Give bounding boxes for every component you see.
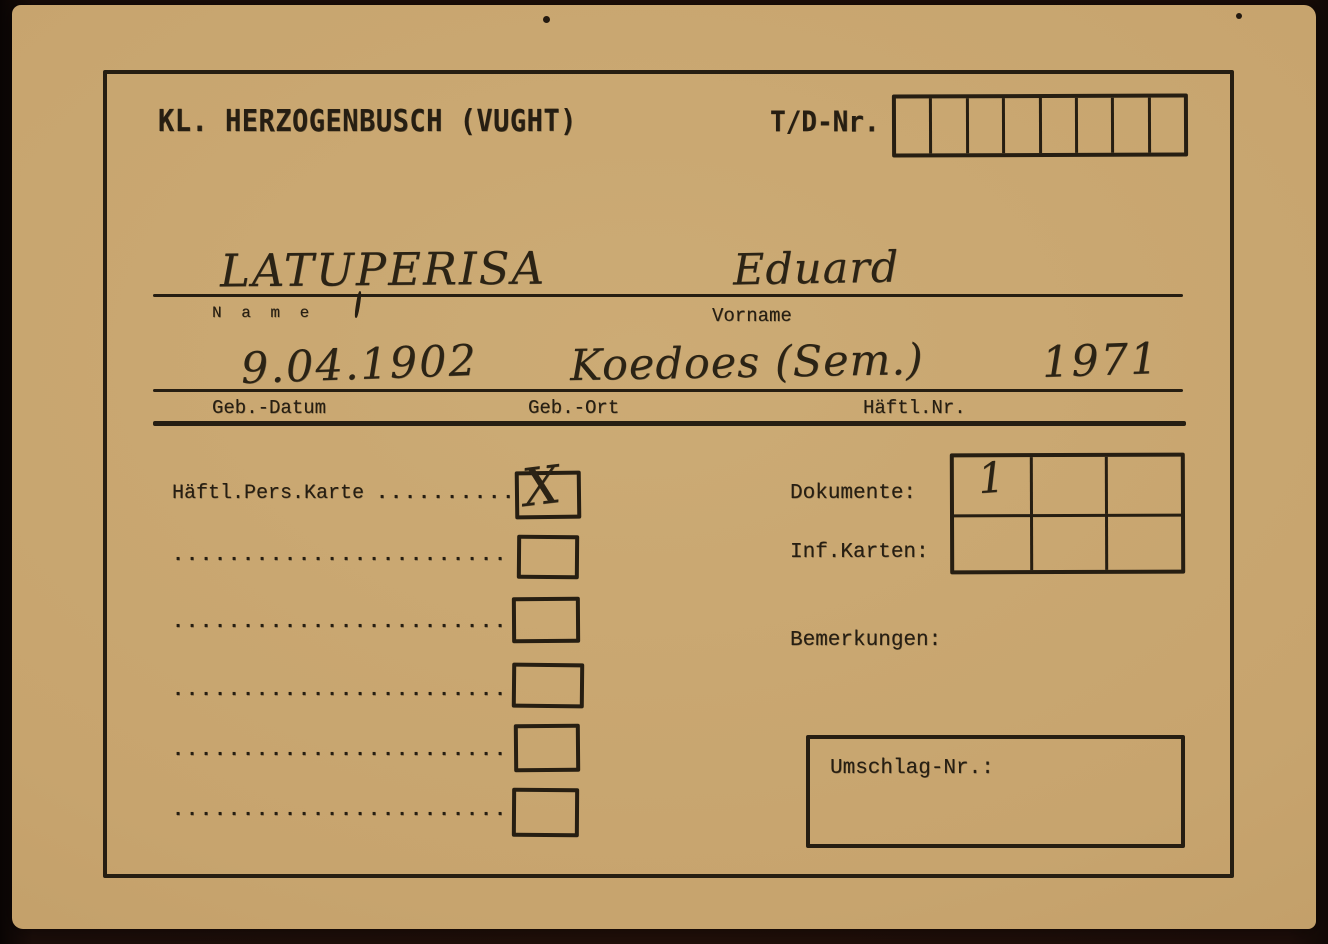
dotted-leader: ........................ — [172, 544, 508, 567]
inf-karten-grid-cell — [1030, 513, 1106, 570]
checklist-row-label: ........................ — [172, 739, 508, 762]
td-nr-cell — [896, 98, 930, 153]
checkbox-empty — [512, 663, 584, 709]
bemerkungen-label: Bemerkungen: — [790, 629, 941, 652]
checkbox-empty — [512, 597, 580, 643]
dokumente-grid-cell — [1105, 457, 1181, 514]
td-nr-label: T/D-Nr. — [770, 106, 880, 139]
scan-background: KL. HERZOGENBUSCH (VUGHT) T/D-Nr. LATUPE… — [0, 0, 1328, 944]
td-nr-cell — [1075, 98, 1112, 153]
paper-speck — [1236, 13, 1242, 19]
umschlag-nr-label: Umschlag-Nr.: — [830, 757, 994, 780]
dokumente-count-value: 1 — [976, 452, 1006, 503]
checklist-row-label: ........................ — [172, 544, 508, 567]
name-underline — [153, 294, 1183, 297]
checkbox-empty — [512, 788, 579, 837]
dokumente-grid: 1 — [950, 453, 1185, 575]
umschlag-nr-box: Umschlag-Nr.: — [806, 735, 1185, 848]
checklist-row-label: ........................ — [172, 611, 508, 634]
geb-ort-value: Koedoes (Sem.) — [570, 335, 925, 391]
checkbox-x-mark: X — [519, 455, 563, 519]
dokumente-grid-cell: 1 — [954, 457, 1030, 514]
td-nr-grid — [892, 93, 1188, 157]
td-nr-cell — [1148, 97, 1185, 152]
vorname-label: Vorname — [712, 305, 792, 327]
geb-datum-label: Geb.-Datum — [212, 397, 326, 419]
td-nr-cell — [929, 98, 966, 153]
dokumente-label: Dokumente: — [790, 482, 916, 505]
paper-speck — [543, 16, 550, 23]
section-divider-rule — [153, 421, 1186, 426]
dotted-leader: ........................ — [172, 679, 508, 702]
name-label: N a m e — [212, 304, 314, 322]
geb-ort-label: Geb.-Ort — [528, 397, 619, 419]
checklist-row-label: ........................ — [172, 679, 508, 702]
td-nr-cell — [1002, 98, 1039, 153]
checkbox-empty — [517, 535, 579, 580]
inf-karten-grid-cell — [1105, 513, 1181, 570]
dokumente-grid-cell — [1029, 457, 1105, 514]
inf-karten-label: Inf.Karten: — [790, 541, 929, 564]
td-nr-cell — [966, 98, 1003, 153]
dotted-leader: ........................ — [172, 611, 508, 634]
geb-datum-value: 9.04.1902 — [240, 336, 478, 394]
dotted-leader: ........................ — [172, 799, 508, 822]
checklist-row-label: Häftl.Pers.Karte .......... — [172, 482, 516, 505]
haeftl-nr-label: Häftl.Nr. — [863, 397, 966, 419]
checklist-row-text: Häftl.Pers.Karte — [172, 482, 376, 505]
geb-underline — [153, 389, 1183, 392]
index-card: KL. HERZOGENBUSCH (VUGHT) T/D-Nr. LATUPE… — [12, 5, 1316, 929]
name-value: LATUPERISA — [220, 242, 546, 298]
checkbox-empty — [514, 724, 580, 773]
inf-karten-grid-cell — [954, 514, 1030, 571]
vorname-value: Eduard — [733, 243, 900, 296]
dotted-leader: ........................ — [172, 739, 508, 762]
checklist-row-label: ........................ — [172, 799, 508, 822]
haeftl-nr-value: 1971 — [1041, 334, 1160, 388]
td-nr-cell — [1111, 98, 1148, 153]
td-nr-cell — [1038, 98, 1075, 153]
dotted-leader: .......... — [376, 482, 516, 505]
camp-title: KL. HERZOGENBUSCH (VUGHT) — [158, 104, 577, 139]
